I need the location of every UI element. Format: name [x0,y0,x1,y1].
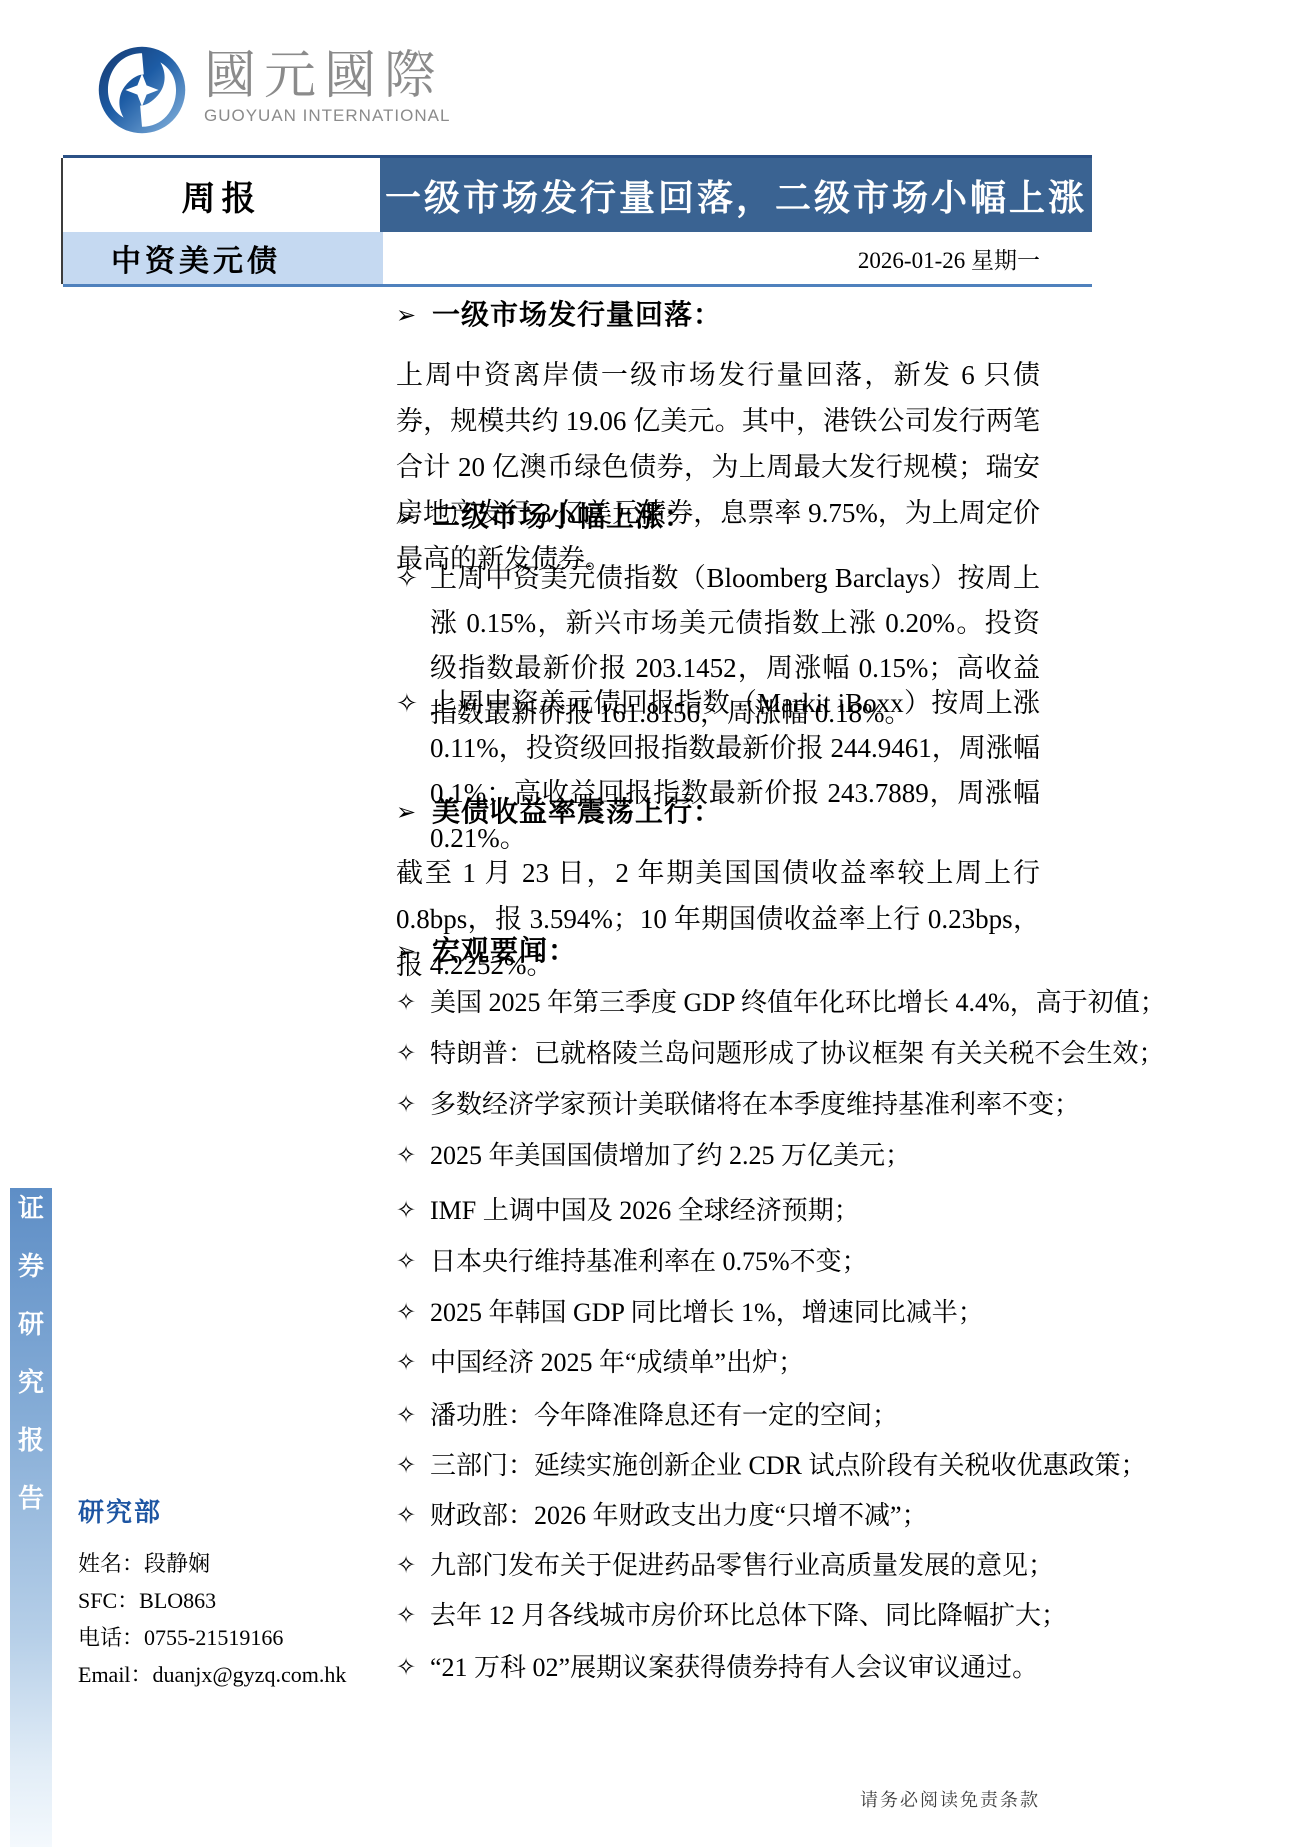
section-heading-macro-news: ➢ 宏观要闻： [396,936,1040,968]
disclaimer-note: 请务必阅读免责条款 [860,1786,1040,1812]
diamond-bullet-icon: ✧ [396,1247,430,1277]
bullet-text: 去年 12 月各线城市房价环比总体下降、同比降幅扩大； [430,1601,1040,1631]
macro-news-item: ✧ 去年 12 月各线城市房价环比总体下降、同比降幅扩大； [396,1601,1040,1631]
bullet-text: 美国 2025 年第三季度 GDP 终值年化环比增长 4.4%，高于初值； [430,988,1040,1018]
report-type-label: 周报 [63,158,380,232]
macro-news-item: ✧ 特朗普：已就格陵兰岛问题形成了协议框架 有关关税不会生效； [396,1039,1040,1069]
header-bottom-rule [63,284,1092,287]
analyst-contact-block: 研究部 姓名：段静娴 SFC：BLO863 电话：0755-21519166 E… [78,1492,358,1693]
diamond-bullet-icon: ✧ [396,681,430,726]
side-ribbon: 证 券 研 究 报 告 [10,1188,52,1847]
diamond-bullet-icon: ✧ [396,1401,430,1431]
side-ribbon-char: 证 [18,1196,44,1222]
section-heading-text: 宏观要闻： [432,936,577,968]
arrow-bullet-icon: ➢ [396,300,432,332]
bullet-text: 特朗普：已就格陵兰岛问题形成了协议框架 有关关税不会生效； [430,1039,1040,1069]
section-heading-text: 美债收益率震荡上行： [432,797,722,829]
section-heading-text: 一级市场发行量回落： [432,300,722,332]
report-title: 一级市场发行量回落，二级市场小幅上涨 [380,158,1092,232]
bullet-item: ✧ 上周中资美元债回报指数（Markit iBoxx）按周上涨 0.11%，投资… [396,681,1040,861]
side-ribbon-char: 报 [18,1428,44,1454]
analyst-email: Email：duanjx@gyzq.com.hk [78,1656,358,1693]
diamond-bullet-icon: ✧ [396,1551,430,1581]
guoyuan-logo-icon [96,44,188,136]
section-heading-secondary-market: ➢ 二级市场小幅上涨： [396,502,1040,534]
arrow-bullet-icon: ➢ [396,502,432,534]
diamond-bullet-icon: ✧ [396,1653,430,1683]
diamond-bullet-icon: ✧ [396,988,430,1018]
section-heading-text: 二级市场小幅上涨： [432,502,693,534]
section-heading-primary-market: ➢ 一级市场发行量回落： [396,300,1040,332]
diamond-bullet-icon: ✧ [396,1298,430,1328]
brand-header: 國元國際 GUOYUAN INTERNATIONAL [96,44,450,136]
side-ribbon-char: 券 [18,1254,44,1280]
bullet-text: 2025 年韩国 GDP 同比增长 1%，增速同比减半； [430,1298,1040,1328]
arrow-bullet-icon: ➢ [396,797,432,829]
bullet-text: 中国经济 2025 年“成绩单”出炉； [430,1348,1040,1378]
analyst-phone: 电话：0755-21519166 [78,1619,358,1656]
report-date: 2026-01-26 星期一 [383,232,1092,284]
bullet-text: 上周中资美元债回报指数（Markit iBoxx）按周上涨 0.11%，投资级回… [430,681,1040,861]
macro-news-item: ✧ 九部门发布关于促进药品零售行业高质量发展的意见； [396,1551,1040,1581]
macro-news-item: ✧ 多数经济学家预计美联储将在本季度维持基准利率不变； [396,1090,1040,1120]
bullet-text: 潘功胜：今年降准降息还有一定的空间； [430,1401,1040,1431]
macro-news-item: ✧ 潘功胜：今年降准降息还有一定的空间； [396,1401,1040,1431]
macro-news-item: ✧ “21 万科 02”展期议案获得债券持有人会议审议通过。 [396,1653,1040,1683]
bullet-text: 日本央行维持基准利率在 0.75%不变； [430,1247,1040,1277]
macro-news-item: ✧ 2025 年美国国债增加了约 2.25 万亿美元； [396,1141,1040,1171]
macro-news-item: ✧ 中国经济 2025 年“成绩单”出炉； [396,1348,1040,1378]
side-ribbon-char: 研 [18,1312,44,1338]
diamond-bullet-icon: ✧ [396,1501,430,1531]
bullet-text: 九部门发布关于促进药品零售行业高质量发展的意见； [430,1551,1040,1581]
analyst-name: 姓名：段静娴 [78,1545,358,1582]
report-page: 证 券 研 究 报 告 國元國際 [0,0,1306,1847]
arrow-bullet-icon: ➢ [396,936,432,968]
bullet-text: IMF 上调中国及 2026 全球经济预期； [430,1196,1040,1226]
section-heading-treasury-yield: ➢ 美债收益率震荡上行： [396,797,1040,829]
analyst-sfc-license: SFC：BLO863 [78,1582,358,1619]
diamond-bullet-icon: ✧ [396,1348,430,1378]
macro-news-item: ✧ 美国 2025 年第三季度 GDP 终值年化环比增长 4.4%，高于初值； [396,988,1040,1018]
side-ribbon-char: 究 [18,1370,44,1396]
bullet-text: 财政部：2026 年财政支出力度“只增不减”； [430,1501,1040,1531]
diamond-bullet-icon: ✧ [396,1141,430,1171]
department-title: 研究部 [78,1492,358,1529]
header-category-row: 中资美元债 2026-01-26 星期一 [63,232,1092,284]
macro-news-item: ✧ 财政部：2026 年财政支出力度“只增不减”； [396,1501,1040,1531]
diamond-bullet-icon: ✧ [396,556,430,601]
paragraph-primary-market: 上周中资离岸债一级市场发行量回落，新发 6 只债券，规模共约 19.06 亿美元… [396,352,1040,582]
bullet-text: 2025 年美国国债增加了约 2.25 万亿美元； [430,1141,1040,1171]
macro-news-item: ✧ IMF 上调中国及 2026 全球经济预期； [396,1196,1040,1226]
diamond-bullet-icon: ✧ [396,1090,430,1120]
bullet-text: 三部门：延续实施创新企业 CDR 试点阶段有关税收优惠政策； [430,1451,1040,1481]
brand-name-en: GUOYUAN INTERNATIONAL [204,106,450,126]
diamond-bullet-icon: ✧ [396,1601,430,1631]
header-title-row: 周报 一级市场发行量回落，二级市场小幅上涨 [63,158,1092,232]
report-category: 中资美元债 [63,232,383,284]
diamond-bullet-icon: ✧ [396,1039,430,1069]
side-ribbon-char: 告 [18,1486,44,1512]
macro-news-item: ✧ 2025 年韩国 GDP 同比增长 1%，增速同比减半； [396,1298,1040,1328]
bullet-text: “21 万科 02”展期议案获得债券持有人会议审议通过。 [430,1653,1040,1683]
brand-name-cn: 國元國際 [204,48,450,104]
diamond-bullet-icon: ✧ [396,1451,430,1481]
macro-news-item: ✧ 日本央行维持基准利率在 0.75%不变； [396,1247,1040,1277]
diamond-bullet-icon: ✧ [396,1196,430,1226]
bullet-text: 多数经济学家预计美联储将在本季度维持基准利率不变； [430,1090,1040,1120]
macro-news-item: ✧ 三部门：延续实施创新企业 CDR 试点阶段有关税收优惠政策； [396,1451,1040,1481]
